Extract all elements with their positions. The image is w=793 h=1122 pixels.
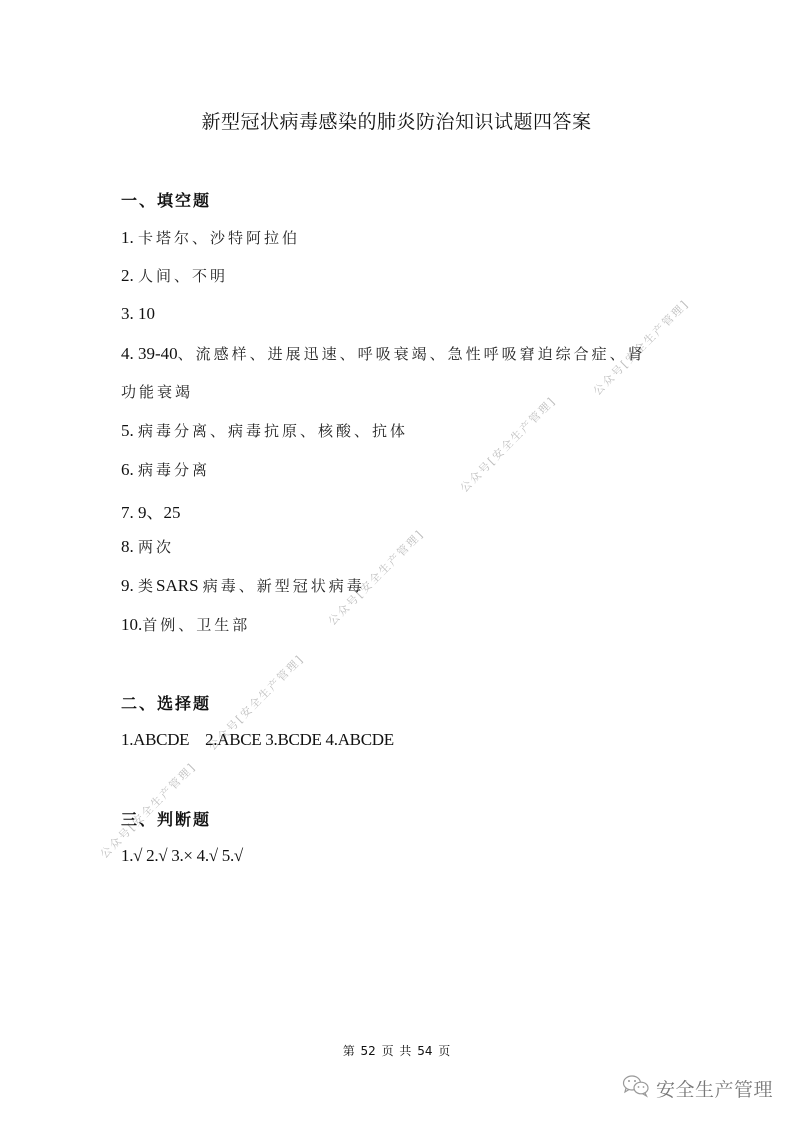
answer-line: 3. 10	[121, 304, 155, 324]
answer-line: 1. 卡塔尔、沙特阿拉伯	[121, 227, 300, 248]
document-title: 新型冠状病毒感染的肺炎防治知识试题四答案	[0, 107, 793, 134]
section-heading-fill-blank: 一、填空题	[121, 188, 211, 211]
item-text-en: 39-40	[138, 344, 178, 363]
item-text: 两次	[138, 538, 174, 556]
item-number: 2.	[121, 266, 134, 285]
true-false-answers: 1.√ 2.√ 3.× 4.√ 5.√	[121, 846, 243, 866]
page-indicator: 第 52 页 共 54 页	[0, 1042, 793, 1059]
answer-line-continuation: 功能衰竭	[121, 381, 193, 402]
item-number: 4.	[121, 344, 134, 363]
item-text-en: SARS	[156, 576, 199, 595]
item-text: 病毒分离	[138, 461, 210, 479]
item-text: 病毒、新型冠状病毒	[203, 577, 365, 595]
answer-line: 6. 病毒分离	[121, 459, 210, 480]
item-text: 10	[138, 304, 155, 323]
item-text-prefix: 类	[138, 577, 156, 595]
item-number: 8.	[121, 537, 134, 556]
item-number: 6.	[121, 460, 134, 479]
item-text: 人间、不明	[138, 267, 228, 285]
item-text: 9、25	[138, 503, 181, 522]
item-number: 9.	[121, 576, 134, 595]
answer-line: 10.首例、卫生部	[121, 614, 250, 635]
item-text: 、流感样、进展迅速、呼吸衰竭、急性呼吸窘迫综合症、肾	[178, 345, 646, 363]
answer-line: 8. 两次	[121, 536, 174, 557]
watermark: 公众号[安全生产管理]	[456, 393, 559, 496]
answer-line: 2. 人间、不明	[121, 265, 228, 286]
multiple-choice-answers: 1.ABCDE 2.ABCE 3.BCDE 4.ABCDE	[121, 730, 394, 750]
item-text: 病毒分离、病毒抗原、核酸、抗体	[138, 422, 408, 440]
brand-badge: 安全生产管理	[622, 1074, 773, 1103]
item-number: 3.	[121, 304, 134, 323]
section-heading-true-false: 三、判断题	[121, 807, 211, 830]
answer-line: 7. 9、25	[121, 498, 181, 523]
item-text: 卡塔尔、沙特阿拉伯	[138, 229, 300, 247]
answer-line: 4. 39-40、流感样、进展迅速、呼吸衰竭、急性呼吸窘迫综合症、肾	[121, 343, 646, 364]
item-text: 首例、卫生部	[142, 616, 250, 634]
item-number: 7.	[121, 503, 134, 522]
item-number: 1.	[121, 228, 134, 247]
item-number: 10.	[121, 615, 142, 634]
item-number: 5.	[121, 421, 134, 440]
item-text: 功能衰竭	[121, 383, 193, 401]
answer-line: 5. 病毒分离、病毒抗原、核酸、抗体	[121, 420, 408, 441]
section-heading-multiple-choice: 二、选择题	[121, 691, 211, 714]
answer-line: 9. 类SARS 病毒、新型冠状病毒	[121, 575, 365, 596]
wechat-icon	[622, 1074, 650, 1103]
brand-name: 安全生产管理	[656, 1075, 773, 1102]
